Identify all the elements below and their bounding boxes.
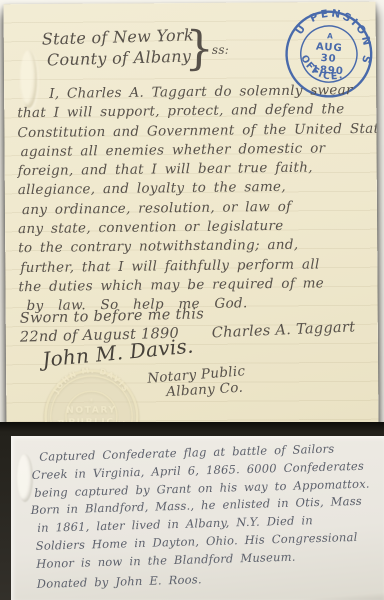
stamp-year: 1890 [312, 64, 344, 77]
heading-brace: } [184, 21, 215, 76]
ss-mark: ss: [212, 43, 229, 57]
stamp-month: AUG [316, 42, 343, 55]
heading-state: State of New York [42, 25, 195, 48]
caption-text: Captured Confederate flag at battle of S… [33, 439, 384, 593]
card-emboss-mark [17, 454, 33, 502]
stamp-center-mark: A [327, 31, 334, 40]
taggart-signature: Charles A. Taggart [212, 319, 356, 341]
oath-body: I, Charles A. Taggart do solemnly swear … [17, 82, 373, 316]
seal-ornament-icon: ✳ [89, 397, 94, 404]
caption-card: Captured Confederate flag at battle of S… [11, 436, 384, 600]
heading-county: County of Albany [47, 46, 192, 69]
seal-center-line1: NOTARY [66, 404, 116, 415]
notary-county: Albany Co. [166, 380, 244, 401]
sworn-statement: Sworn to before me this [20, 306, 205, 326]
caption-card-shadow: Captured Confederate flag at battle of S… [0, 422, 384, 600]
notary-embossed-seal: JOHN M. DAVIS ALBANY CO. N.Y. NOTARY PUB… [38, 363, 145, 428]
oath-document: U PENSION S OFFICE. A AUG 30 1890 State … [4, 2, 379, 429]
document-photo: U PENSION S OFFICE. A AUG 30 1890 State … [0, 0, 384, 600]
stamp-day: 30 [320, 53, 337, 65]
